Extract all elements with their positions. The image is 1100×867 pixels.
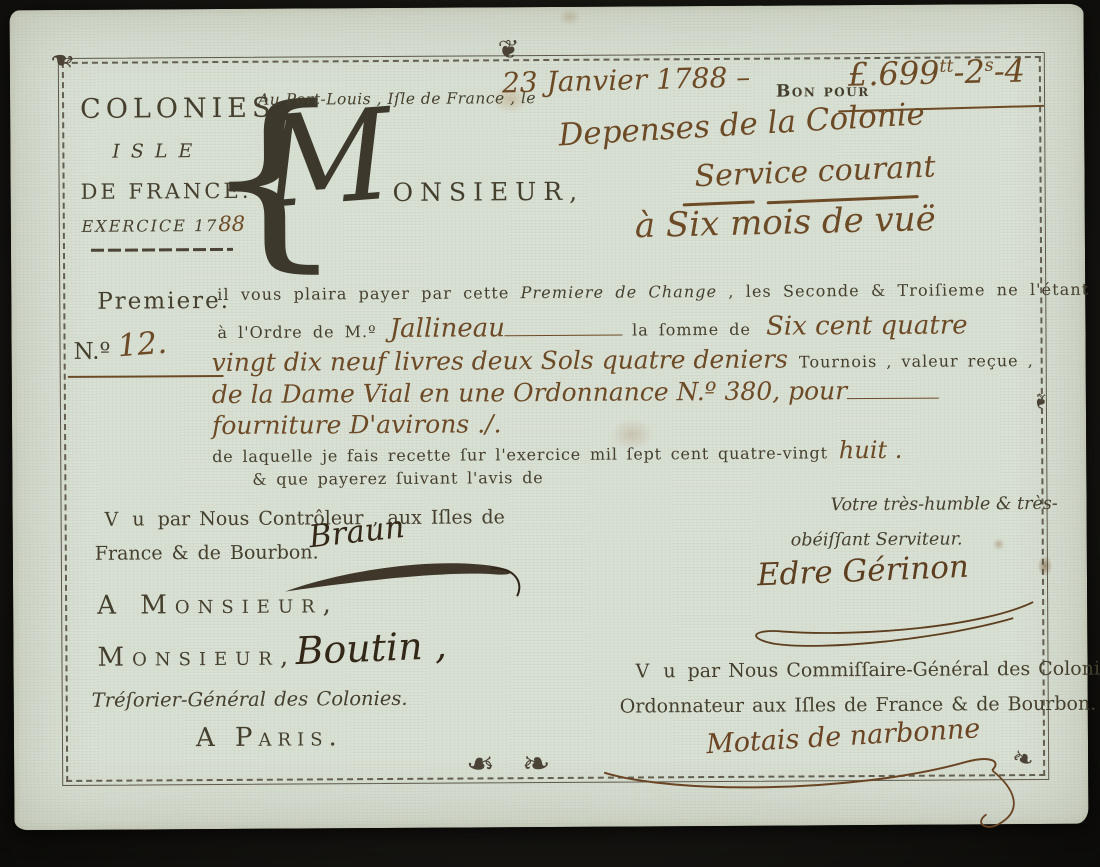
body-l1b: Premiere de Change bbox=[521, 282, 718, 302]
commissaire-signature-flourish bbox=[594, 748, 1055, 851]
serial-premiere: Premiere. bbox=[97, 288, 230, 315]
addressee-title: Tréſorier-Général des Colonies. bbox=[92, 687, 408, 712]
body-l2c: la ſomme de bbox=[632, 320, 751, 340]
fill-in-dash bbox=[505, 320, 623, 336]
commissaire-vu: V u bbox=[635, 660, 679, 682]
right-mid-flourish-icon: ❧ bbox=[1028, 392, 1050, 411]
ordonnance-handwritten: de la Dame Vial en une Ordonnance N.º 38… bbox=[212, 376, 847, 409]
serial-number-handwritten: 12. bbox=[116, 325, 168, 365]
monsieur-initial: M bbox=[258, 92, 396, 227]
amount-livres: £.699 bbox=[847, 54, 939, 94]
address-city: A Paris. bbox=[196, 722, 343, 753]
body-line-5: fourniture D'avirons ./. bbox=[212, 409, 502, 440]
body-line-2: à l'Ordre de M.º Jallineau la ſomme de S… bbox=[217, 310, 967, 345]
controller-visa-line1: V u par Nous Contrôleur , aux Iſles de bbox=[105, 506, 505, 530]
payee-name-handwritten: Jallineau bbox=[390, 313, 505, 344]
monsieur-rest: ONSIEUR, bbox=[393, 177, 585, 207]
top-center-flourish-icon: ❦ bbox=[498, 37, 520, 63]
bottom-center-flourish-left-icon: ❧ bbox=[466, 747, 495, 781]
controller-vu: V u bbox=[105, 508, 149, 530]
amount-sols: -2 bbox=[953, 52, 985, 91]
fill-in-dash-2 bbox=[847, 383, 939, 399]
body-l1a: il vous plaira payer par cette bbox=[217, 283, 520, 304]
body-line-3: vingt dix neuf livres deux Sols quatre d… bbox=[212, 343, 1034, 377]
servant-line2: obéiſſant Serviteur. bbox=[791, 529, 963, 550]
serial-numero-label: N.º bbox=[74, 339, 111, 365]
amount-words-1-handwritten: Six cent quatre bbox=[766, 310, 968, 341]
address-line1: A Monsieur, bbox=[97, 589, 339, 620]
body-l1c: , les Seconde & Troiſieme ne l'étant , bbox=[717, 280, 1100, 301]
endorsement-line3: à Six mois de vuë bbox=[634, 199, 936, 246]
body-l6a: de laquelle je fais recette ſur l'exerci… bbox=[212, 443, 828, 466]
servant-signature-flourish bbox=[743, 592, 1043, 654]
amount-livres-mark: tt bbox=[939, 57, 954, 77]
dateline-date-handwritten: 23 Janvier 1788 – bbox=[502, 61, 751, 100]
body-line-7: & que payerez ſuivant l'avis de bbox=[252, 468, 543, 489]
corner-flourish-icon: ❧ bbox=[49, 43, 76, 75]
amount-words-2-handwritten: vingt dix neuf livres deux Sols quatre d… bbox=[212, 345, 788, 378]
commissaire-visa-line1: V u par Nous Commiſſaire-Général des Col… bbox=[635, 657, 1100, 682]
bottom-center-flourish-right-icon: ❧ bbox=[522, 747, 551, 781]
year-word-handwritten: huit . bbox=[839, 436, 903, 464]
servant-line1: Votre très-humble & très- bbox=[830, 494, 1057, 515]
amount-deniers: -4 bbox=[993, 52, 1025, 91]
body-l2a: à l'Ordre de M.º bbox=[217, 322, 376, 342]
historical-bill-of-exchange-scan: ❧ ❦ ❧ ❧ ❧ ❧ COLONIES. ISLE DE FRANCE. EX… bbox=[10, 4, 1089, 831]
addressee-name-handwritten: Boutin , bbox=[295, 623, 448, 673]
commissaire-visa-line2: Ordonnateur aux Iſles de France & de Bou… bbox=[620, 693, 1097, 718]
amount-handwritten: £.699tt-2s-4 bbox=[847, 52, 1025, 94]
address-line2: Monsieur, bbox=[97, 642, 296, 673]
dateline-place-printed: Au Port-Louis , Iſle de France , le bbox=[258, 89, 536, 109]
amount-sols-mark: s bbox=[984, 56, 993, 76]
body-line-6: de laquelle je fais recette ſur l'exerci… bbox=[212, 436, 902, 468]
body-line-4: de la Dame Vial en une Ordonnance N.º 38… bbox=[212, 376, 939, 409]
commissaire-line1-rest: par Nous Commiſſaire-Général des Colonie… bbox=[679, 657, 1100, 682]
exercice-printed-label: EXERCICE 17 bbox=[82, 216, 219, 236]
body-l3b: Tournois , valeur reçue , bbox=[799, 351, 1034, 371]
